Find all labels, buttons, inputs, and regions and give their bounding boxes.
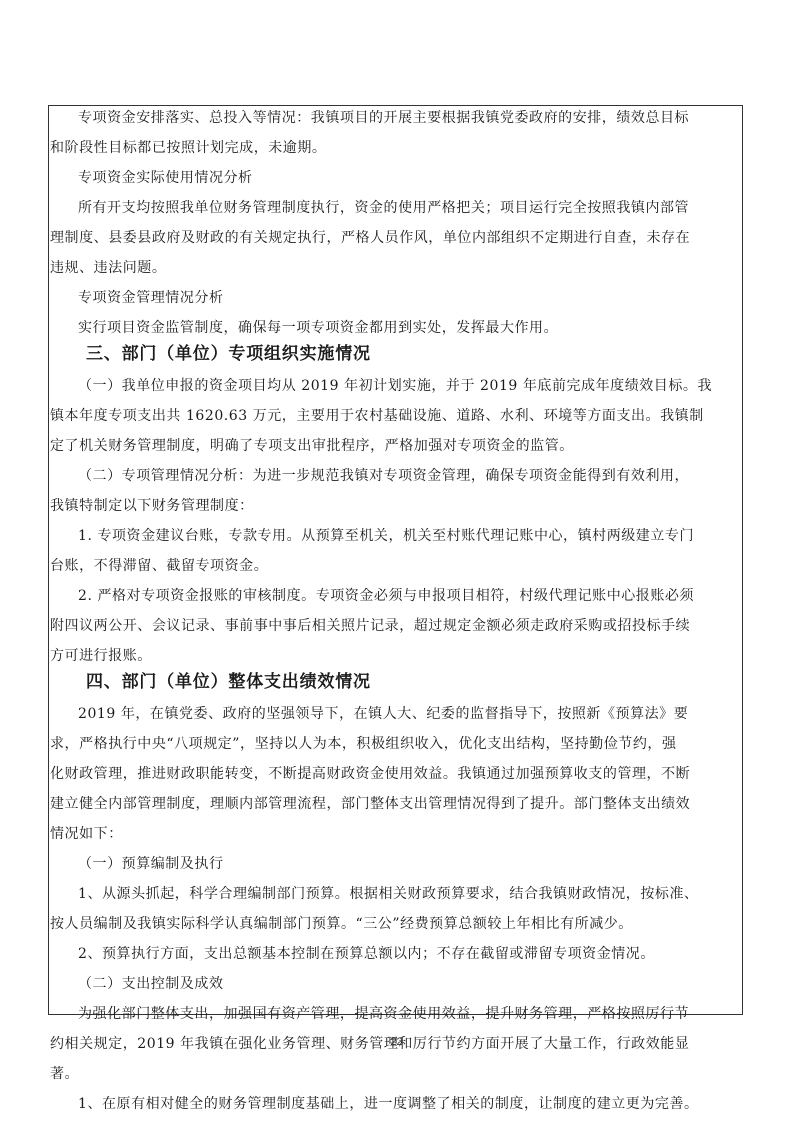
list-item-2: 2、预算执行方面，支出总额基本控制在预算总额以内；不存在截留或滞留专项资金情况。 bbox=[78, 944, 655, 964]
page-number: 22 bbox=[0, 1036, 793, 1048]
paragraph-line: 著。 bbox=[50, 1064, 79, 1084]
paragraph-line: （二）专项管理情况分析：为进一步规范我镇对专项资金管理，确保专项资金能得到有效利… bbox=[78, 466, 689, 486]
subheading-funding-usage: 专项资金实际使用情况分析 bbox=[78, 168, 253, 188]
subheading-expenditure-control: （二）支出控制及成效 bbox=[78, 974, 224, 994]
paragraph-line: 化财政管理，推进财政职能转变，不断提高财政资金使用效益。我镇通过加强预算收支的管… bbox=[50, 764, 690, 784]
subheading-budget: （一）预算编制及执行 bbox=[78, 854, 224, 874]
list-item-1: 1. 专项资金建议台账，专款专用。从预算至机关，机关至村账代理记账中心，镇村两级… bbox=[78, 526, 694, 546]
paragraph-line: 和阶段性目标都已按照计划完成，未逾期。 bbox=[50, 138, 326, 158]
list-item-1: 1、在原有相对健全的财务管理制度基础上，进一度调整了相关的制度，让制度的建立更为… bbox=[78, 1094, 699, 1114]
paragraph-line: 建立健全内部管理制度，理顺内部管理流程，部门整体支出管理情况得到了提升。部门整体… bbox=[50, 794, 690, 814]
section-heading-3: 三、部门（单位）专项组织实施情况 bbox=[86, 344, 371, 364]
paragraph-line: 2019 年，在镇党委、政府的坚强领导下，在镇人大、纪委的监督指导下，按照新《预… bbox=[78, 704, 688, 724]
paragraph-line: 情况如下： bbox=[50, 824, 123, 844]
paragraph-line: 我镇特制定以下财务管理制度： bbox=[50, 496, 254, 516]
list-item-1: 1、从源头抓起，科学合理编制部门预算。根据相关财政预算要求，结合我镇财政情况，按… bbox=[78, 884, 699, 904]
paragraph-line: （一）我单位申报的资金项目均从 2019 年初计划实施，并于 2019 年底前完… bbox=[78, 376, 712, 396]
paragraph-line: 按人员编制及我镇实际科学认真编制部门预算。“三公”经费预算总额较上年相比有所减少… bbox=[50, 914, 633, 934]
paragraph-line: 求，严格执行中央“八项规定”，坚持以人为本，积极组织收入，优化支出结构，坚持勤俭… bbox=[50, 734, 677, 754]
paragraph-line: 实行项目资金监管制度，确保每一项专项资金都用到实处，发挥最大作用。 bbox=[78, 318, 558, 338]
subheading-funding-management: 专项资金管理情况分析 bbox=[78, 288, 224, 308]
paragraph-line: 理制度、县委县政府及财政的有关规定执行，严格人员作风，单位内部组织不定期进行自查… bbox=[50, 228, 690, 248]
section-heading-4: 四、部门（单位）整体支出绩效情况 bbox=[86, 672, 371, 692]
paragraph-line: 为强化部门整体支出，加强国有资产管理，提高资金使用效益，提升财务管理，严格按照厉… bbox=[78, 1004, 689, 1024]
paragraph-line: 镇本年度专项支出共 1620.63 万元，主要用于农村基础设施、道路、水利、环境… bbox=[50, 406, 704, 426]
paragraph-line: 所有开支均按照我单位财务管理制度执行，资金的使用严格把关；项目运行完全按照我镇内… bbox=[78, 198, 689, 218]
list-item-2: 2. 严格对专项资金报账的审核制度。专项资金必须与申报项目相符，村级代理记账中心… bbox=[78, 586, 694, 606]
paragraph-line: 台账，不得滞留、截留专项资金。 bbox=[50, 556, 268, 576]
paragraph-line: 定了机关财务管理制度，明确了专项支出审批程序，严格加强对专项资金的监管。 bbox=[50, 436, 574, 456]
paragraph-line: 专项资金安排落实、总投入等情况：我镇项目的开展主要根据我镇党委政府的安排，绩效总… bbox=[78, 108, 689, 128]
paragraph-line: 附四议两公开、会议记录、事前事中事后相关照片记录，超过规定金额必须走政府采购或招… bbox=[50, 616, 690, 636]
paragraph-line: 方可进行报账。 bbox=[50, 646, 152, 666]
paragraph-line: 违规、违法问题。 bbox=[50, 258, 166, 278]
